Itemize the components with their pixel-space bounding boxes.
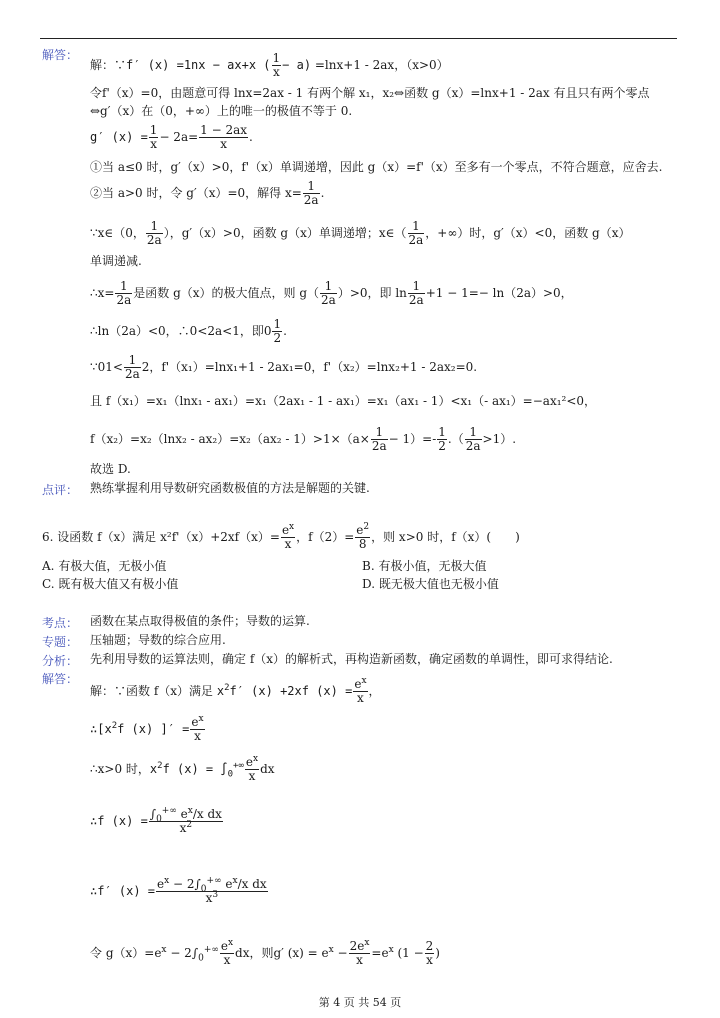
solution-line-6: ②当 a>0 时，令 g′（x）=0，解得 x=12a. xyxy=(90,180,324,207)
p6-solution-line-5: ∴f′ (x) =ex − 2∫0+∞ ex/x dxx3 xyxy=(90,878,269,905)
option-a: A. 有极大值，无极小值 xyxy=(42,557,166,574)
comment-text: 熟练掌握利用导数研究函数极值的方法是解题的关键. xyxy=(90,481,370,495)
solution-line-3: ⇔g′（x）在（0，+∞）上的唯一的极值不等于 0. xyxy=(90,104,352,118)
solution-line-7: ∵x∈（0，12a），g′（x）>0，函数 g（x）单调递增；x∈（12a，+∞… xyxy=(90,220,630,247)
p6-solution-line-2: ∴[x2f (x) ]′ =exx xyxy=(90,716,206,743)
solution-line-4: g′ (x) =1x− 2a=1 − 2axx. xyxy=(90,124,253,151)
comment-label: 点评： xyxy=(42,481,78,498)
p6-solution-line-3: ∴x>0 时，x2f (x) = ∫0+∞exxdx xyxy=(90,756,275,783)
answer-label: 解答： xyxy=(42,46,78,63)
option-d: D. 既无极大值也无极小值 xyxy=(362,575,499,592)
p6-solution-line-4: ∴f (x) =∫0+∞ ex/x dxx2 xyxy=(90,808,224,835)
option-b: B. 有极小值，无极大值 xyxy=(362,557,486,574)
zhuanti-label: 专题： xyxy=(42,633,78,650)
solution-line-11: ∵01<12a2，f'（x₁）=lnx₁+1 - 2ax₁=0，f'（x₂）=l… xyxy=(90,354,477,381)
top-rule xyxy=(40,38,677,39)
page-footer: 第 4 页 共 54 页 xyxy=(0,994,720,1010)
p6-solution-line-6: 令 g（x）=ex − 2∫0+∞exxdx，则g′ (x) = ex −2ex… xyxy=(90,940,440,967)
p6-solution-line-1: 解：∵函数 f（x）满足 x2f′ (x) +2xf (x) =exx， xyxy=(90,678,381,705)
solution-line-14: 故选 D. xyxy=(90,462,131,476)
solution-line-8: 单调递减. xyxy=(90,254,142,268)
solution-line-10: ∴ln（2a）<0，∴0<2a<1，即012. xyxy=(90,318,287,345)
problem6-stem: 6. 设函数 f（x）满足 x²f'（x）+2xf（x）=exx，f（2）=e2… xyxy=(42,524,520,551)
zhuanti-text: 压轴题；导数的综合应用. xyxy=(90,633,226,647)
solution-line-12: 且 f（x₁）=x₁（lnx₁ - ax₁）=x₁（2ax₁ - 1 - ax₁… xyxy=(90,394,596,408)
kaodian-label: 考点： xyxy=(42,614,78,631)
solution-line-13: f（x₂）=x₂（lnx₂ - ax₂）=x₂（ax₂ - 1）>1×（a×12… xyxy=(90,426,516,453)
option-c: C. 既有极大值又有极小值 xyxy=(42,575,178,592)
solution-line-1: 解：∵f′ (x) =1nx − ax+x (1x− a) =lnx+1 - 2… xyxy=(90,52,449,79)
kaodian-text: 函数在某点取得极值的条件；导数的运算. xyxy=(90,614,310,628)
jieda-label: 解答： xyxy=(42,670,78,687)
fenxi-text: 先利用导数的运算法则，确定 f（x）的解析式，再构造新函数，确定函数的单调性，即… xyxy=(90,652,613,666)
solution-line-5: ①当 a≤0 时，g′（x）>0，f'（x）单调递增，因此 g（x）=f'（x）… xyxy=(90,160,663,174)
fenxi-label: 分析： xyxy=(42,652,78,669)
solution-line-9: ∴x=12a是函数 g（x）的极大值点，则 g（12a）>0，即 ln12a+1… xyxy=(90,280,573,307)
solution-line-2: 令f'（x）=0，由题意可得 lnx=2ax - 1 有两个解 x₁，x₂⇔函数… xyxy=(90,86,650,100)
